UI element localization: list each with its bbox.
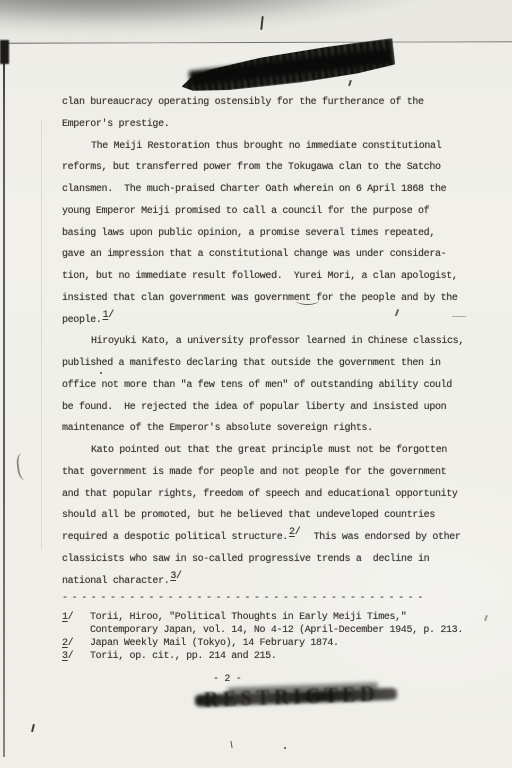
footnote-line: 2/Japan Weekly Mail (Tokyo), 14 February…	[62, 637, 482, 650]
document-body-text: clan bureaucracy operating ostensibly fo…	[62, 92, 482, 608]
typewritten-line: insisted that clan government was govern…	[62, 288, 482, 310]
corner-ink-mark	[0, 40, 9, 64]
footnote-line: 1/Torii, Hiroo, "Political Thoughts in E…	[62, 611, 482, 624]
dashed-separator: - - - - - - - - - - - - - - - - - - - - …	[62, 592, 482, 608]
ink-speck	[31, 724, 35, 732]
ink-speck	[230, 741, 233, 748]
pencil-margin-mark	[15, 452, 31, 480]
ink-speck	[348, 80, 351, 86]
typewritten-line: The Meiji Restoration thus brought no im…	[62, 136, 482, 158]
scanned-document-page: clan bureaucracy operating ostensibly fo…	[0, 0, 512, 768]
ink-speck	[452, 316, 466, 317]
typewritten-line: young Emperor Meiji promised to call a c…	[62, 201, 482, 223]
ink-speck	[484, 615, 488, 621]
typewritten-line: required a despotic political structure.…	[62, 527, 482, 549]
typewritten-line: Hiroyuki Kato, a university professor le…	[62, 331, 482, 353]
typewritten-line: that government is made for people and n…	[62, 462, 482, 484]
ink-speck	[284, 747, 286, 749]
page-number: - 2 -	[213, 674, 242, 685]
typewritten-line: national character.3/	[62, 571, 482, 593]
typewritten-line: be found. He rejected the idea of popula…	[62, 397, 482, 419]
paper-fold-line	[41, 120, 42, 550]
typewritten-line: maintenance of the Emperor's absolute so…	[62, 418, 482, 440]
paper-left-edge-line	[3, 43, 5, 757]
typewritten-line: clansmen. The much-praised Charter Oath …	[62, 179, 482, 201]
footnote-line: Contemporary Japan, vol. 14, No 4-12 (Ap…	[62, 624, 482, 637]
typewritten-line: office not more than "a few tens of men"…	[62, 375, 482, 397]
typewritten-line: classicists who saw in so-called progres…	[62, 549, 482, 571]
typewritten-line: should all be promoted, but he believed …	[62, 505, 482, 527]
scan-shadow	[0, 0, 490, 52]
typewritten-line: basing laws upon public opinion, a promi…	[62, 223, 482, 245]
typewritten-line: tion, but no immediate result followed. …	[62, 266, 482, 288]
typewritten-line: Emperor's prestige.	[62, 114, 482, 136]
typewritten-line: reforms, but transferred power from the …	[62, 157, 482, 179]
typewritten-line: Kato pointed out that the great principl…	[62, 440, 482, 462]
typewritten-line: gave an impression that a constitutional…	[62, 244, 482, 266]
scan-edge-strip	[0, 0, 512, 43]
typewritten-line: and that popular rights, freedom of spee…	[62, 484, 482, 506]
typewritten-line: people.1/	[62, 310, 482, 332]
typewritten-line: published a manifesto declaring that out…	[62, 353, 482, 375]
footnote-line: 3/Torii, op. cit., pp. 214 and 215.	[62, 650, 482, 663]
typewritten-line: clan bureaucracy operating ostensibly fo…	[62, 92, 482, 114]
pencil-underline-mark	[296, 296, 319, 305]
footnotes-block: 1/Torii, Hiroo, "Political Thoughts in E…	[62, 611, 482, 663]
